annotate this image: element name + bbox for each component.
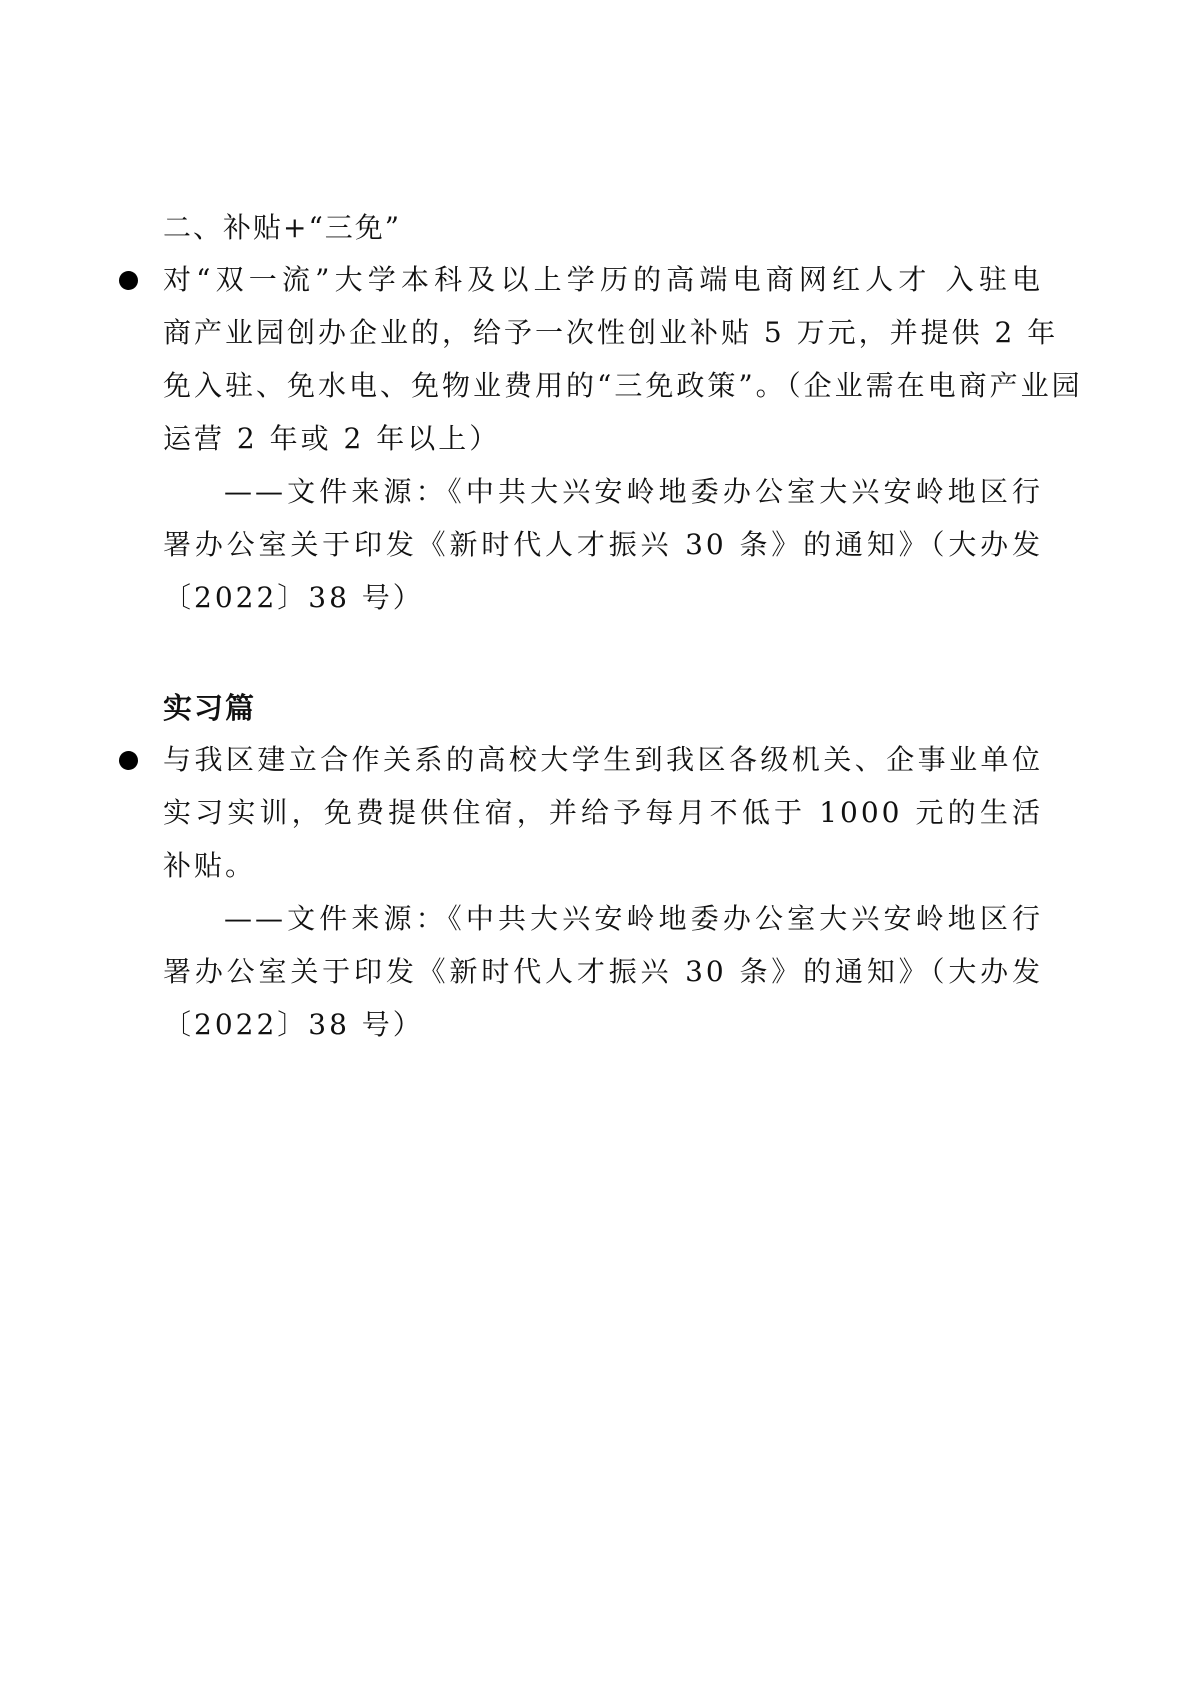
source-line: 署办公室关于印发《新时代人才振兴 30 条》的通知》（大办发 <box>163 528 1043 562</box>
bullet-icon <box>119 271 138 290</box>
paragraph-line: 运营 2 年或 2 年以上） <box>163 422 1043 456</box>
paragraph-line: 商产业园创办企业的，给予一次性创业补贴 5 万元，并提供 2 年 <box>163 316 1043 350</box>
paragraph-line: 免入驻、免水电、免物业费用的“三免政策”。（企业需在电商产业园 <box>163 369 1043 403</box>
source-line: ——文件来源：《中共大兴安岭地委办公室大兴安岭地区行 <box>224 475 1043 509</box>
bullet-icon <box>119 751 138 770</box>
paragraph-line: 与我区建立合作关系的高校大学生到我区各级机关、企事业单位 <box>163 743 1043 777</box>
source-line: ——文件来源：《中共大兴安岭地委办公室大兴安岭地区行 <box>224 902 1043 936</box>
paragraph-line: 补贴。 <box>163 849 1043 883</box>
section-heading-internship: 实习篇 <box>163 691 256 725</box>
source-line: 〔2022〕38 号） <box>163 1008 1043 1042</box>
document-page: 二、补贴+“三免” 对“双一流”大学本科及以上学历的高端电商网红人才 入驻电 商… <box>0 0 1190 1683</box>
section-heading-subsidy: 二、补贴+“三免” <box>163 211 401 245</box>
paragraph-line: 实习实训，免费提供住宿，并给予每月不低于 1000 元的生活 <box>163 796 1043 830</box>
source-line: 署办公室关于印发《新时代人才振兴 30 条》的通知》（大办发 <box>163 955 1043 989</box>
paragraph-line: 对“双一流”大学本科及以上学历的高端电商网红人才 入驻电 <box>163 263 1043 297</box>
source-line: 〔2022〕38 号） <box>163 581 1043 615</box>
